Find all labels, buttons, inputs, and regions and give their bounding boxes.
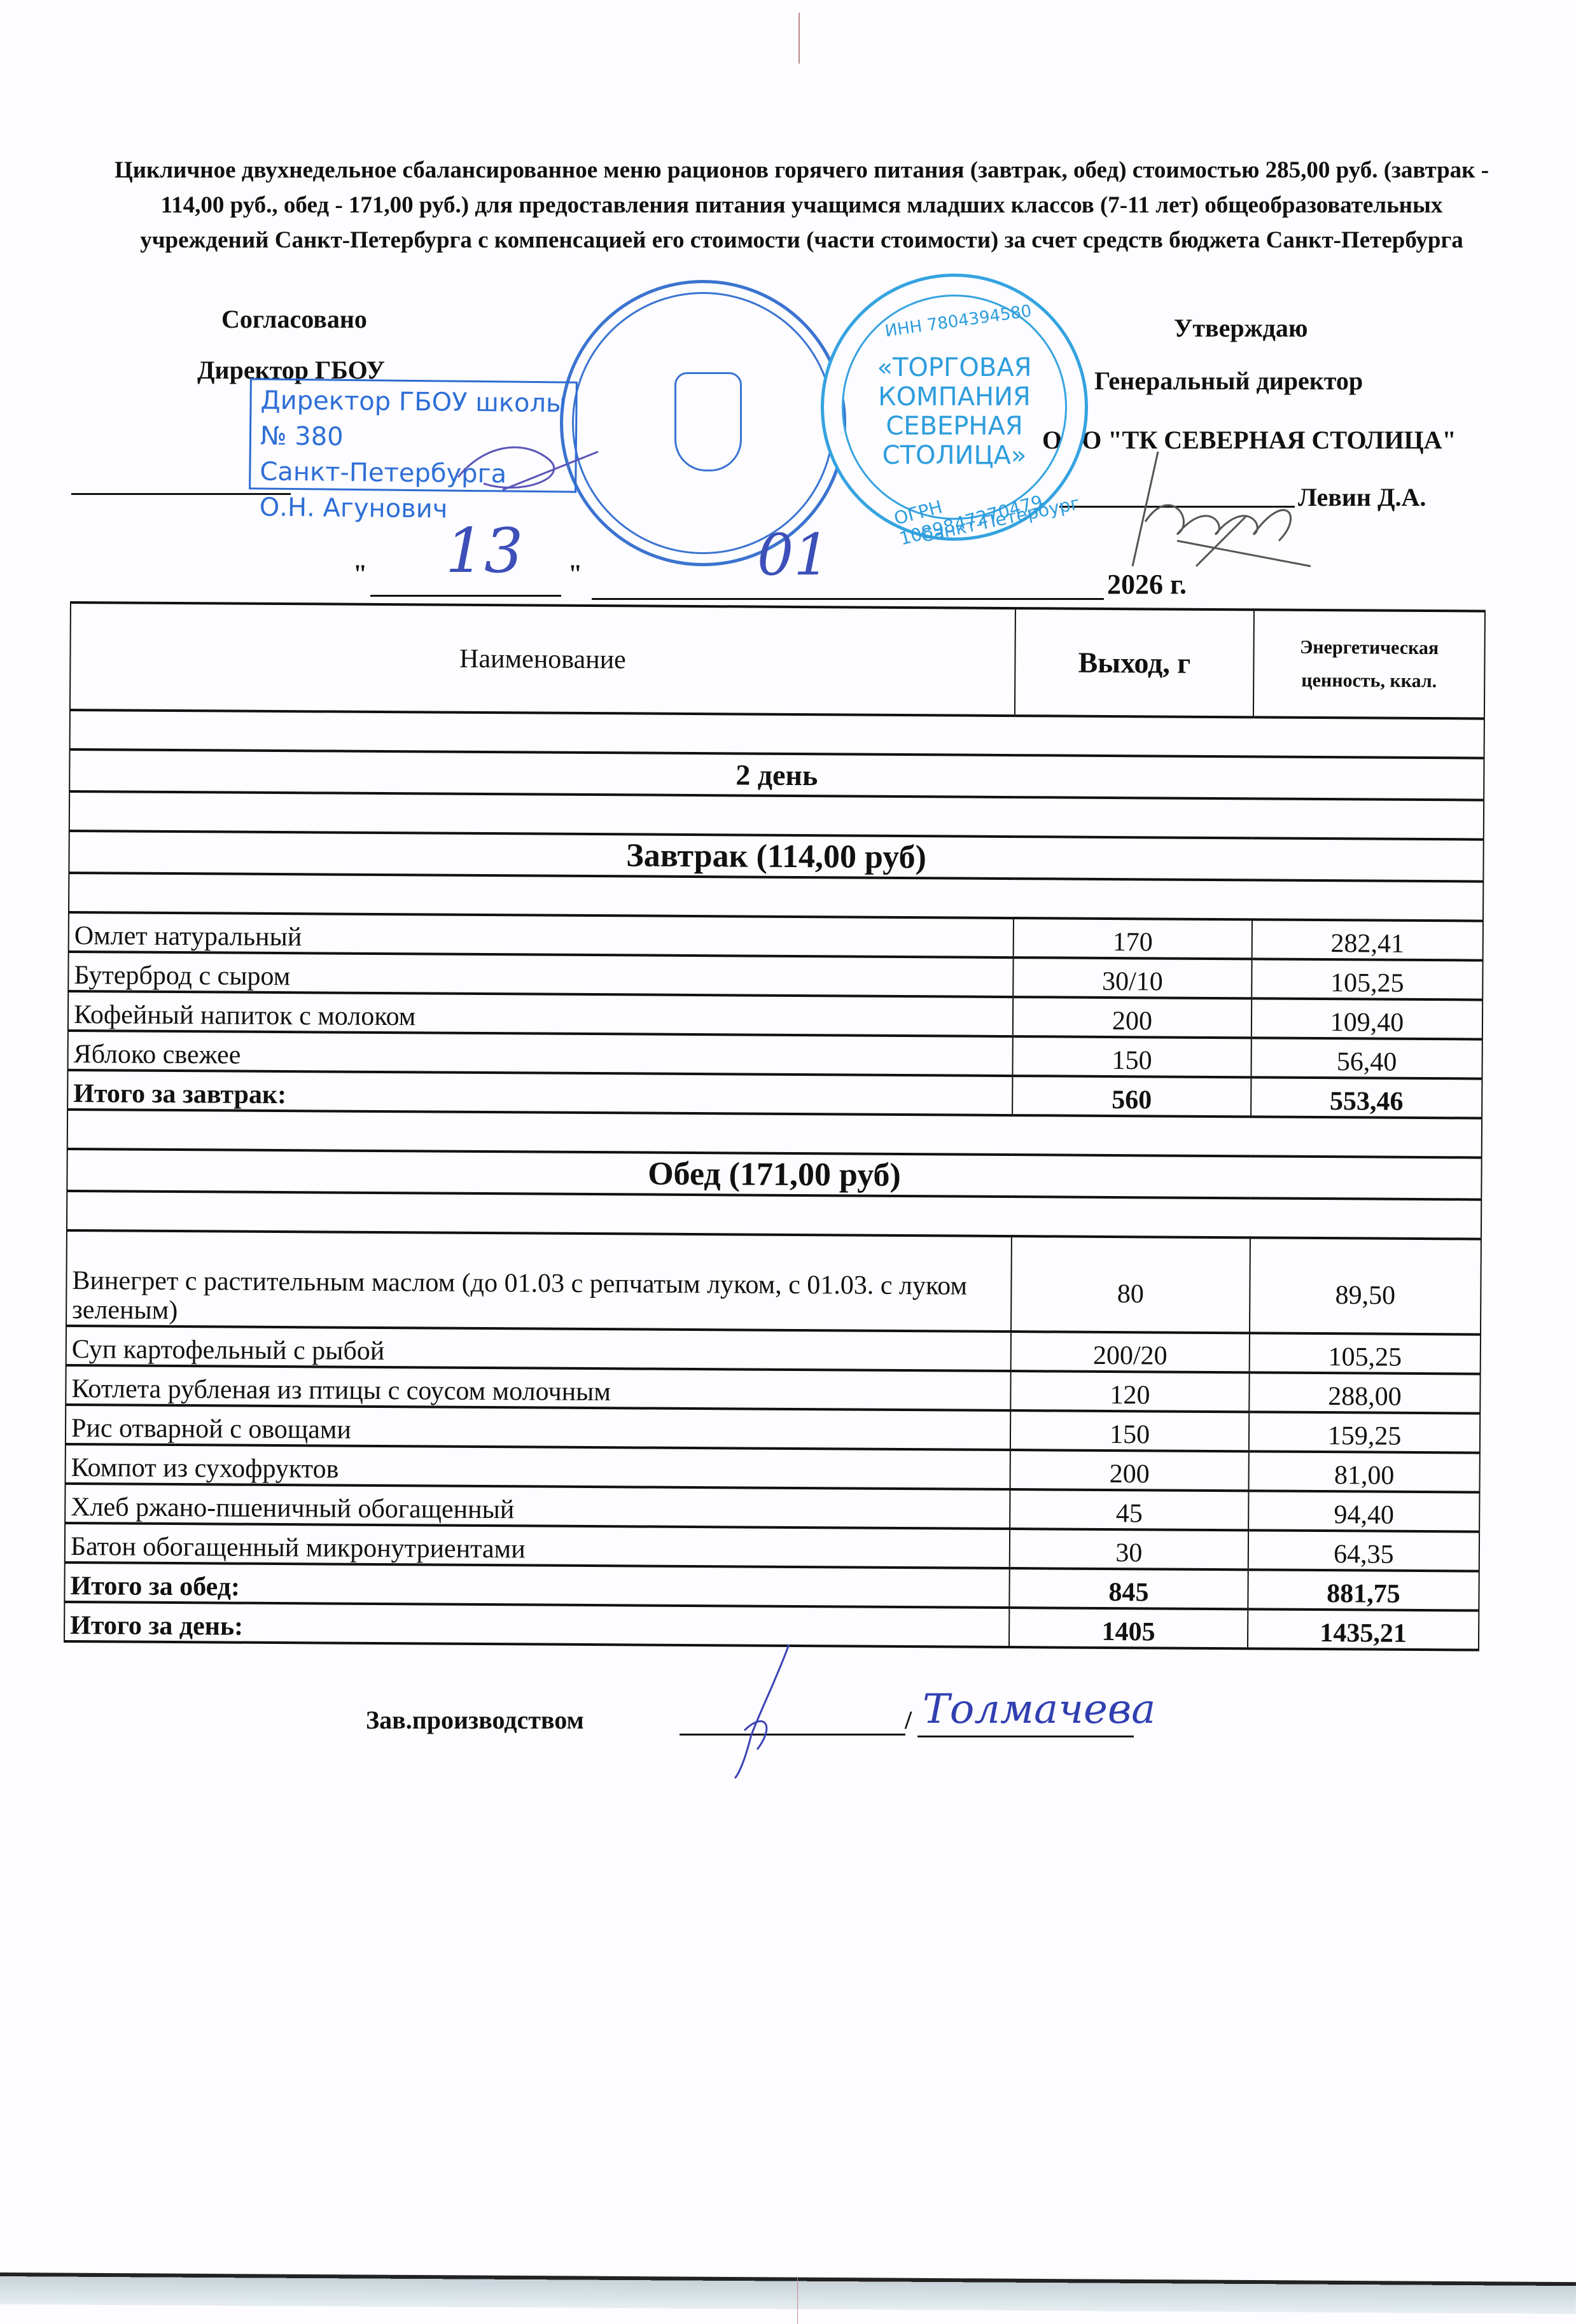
breakfast-total-yield: 560 <box>1012 1076 1251 1117</box>
cell-yield: 200 <box>1013 997 1252 1038</box>
cell-yield: 45 <box>1010 1489 1248 1530</box>
date-month: 01 <box>757 522 830 588</box>
header-name: Наименование <box>70 602 1015 716</box>
date-open-quote: " <box>353 559 367 588</box>
cell-energy: 89,50 <box>1250 1237 1481 1334</box>
company-stamp-name-1: «ТОРГОВАЯ <box>824 353 1085 382</box>
day-total-yield: 1405 <box>1009 1608 1248 1648</box>
cell-yield: 200/20 <box>1011 1332 1250 1372</box>
approval-right-position: Генеральный директор <box>1094 366 1363 396</box>
footer-label: Зав.производством <box>366 1706 584 1734</box>
cell-energy: 56,40 <box>1251 1038 1482 1078</box>
cell-name: Компот из сухофруктов <box>66 1444 1010 1489</box>
footer-separator: / <box>905 1705 912 1735</box>
scan-edge <box>0 2272 1576 2314</box>
day-total-energy: 1435,21 <box>1248 1609 1479 1650</box>
cell-name: Кофейный напиток с молоком <box>68 991 1013 1036</box>
cell-energy: 105,25 <box>1250 1333 1481 1374</box>
cell-energy: 159,25 <box>1249 1412 1480 1452</box>
date-month-line <box>592 598 1104 600</box>
menu-table: Наименование Выход, г Энергетическая цен… <box>64 601 1486 1652</box>
cell-name: Батон обогащенный микронутриентами <box>65 1523 1010 1568</box>
day-total-label: Итого за день: <box>64 1602 1009 1647</box>
approval-right-heading: Утверждаю <box>1174 313 1308 343</box>
scan-fold-mark-bottom <box>797 2278 798 2324</box>
lunch-total-yield: 845 <box>1009 1568 1248 1609</box>
company-round-stamp: ИНН 7804394580 «ТОРГОВАЯ КОМПАНИЯ СЕВЕРН… <box>821 274 1088 541</box>
cell-name: Омлет натуральный <box>69 912 1014 957</box>
footer-name-line <box>917 1736 1134 1737</box>
director-signature-icon <box>445 433 611 503</box>
cell-energy: 64,35 <box>1248 1530 1479 1571</box>
cell-energy: 109,40 <box>1252 998 1482 1039</box>
date-close-quote: " <box>568 559 582 588</box>
breakfast-total-energy: 553,46 <box>1251 1077 1482 1118</box>
cell-yield: 170 <box>1014 918 1252 959</box>
cell-yield: 150 <box>1012 1036 1251 1077</box>
table-row: Винегрет с растительным маслом (до 01.03… <box>66 1230 1481 1335</box>
approval-left-heading: Согласовано <box>221 304 367 334</box>
cell-yield: 30 <box>1010 1529 1248 1569</box>
cell-yield: 80 <box>1011 1236 1250 1333</box>
cell-name: Яблоко свежее <box>67 1031 1012 1076</box>
company-stamp-name-4: СТОЛИЦА» <box>824 441 1085 470</box>
header-energy: Энергетическая ценность, ккал. <box>1253 609 1485 718</box>
general-director-signature-icon <box>1120 445 1323 573</box>
lunch-total-energy: 881,75 <box>1248 1569 1479 1610</box>
cell-energy: 94,40 <box>1248 1491 1479 1531</box>
cell-yield: 120 <box>1010 1371 1249 1412</box>
date-year: 2026 г. <box>1107 568 1187 601</box>
cell-energy: 282,41 <box>1252 919 1483 960</box>
lunch-total-label: Итого за обед: <box>64 1562 1009 1608</box>
header-yield: Выход, г <box>1015 608 1254 717</box>
table-header-row: Наименование Выход, г Энергетическая цен… <box>70 602 1485 719</box>
cell-yield: 30/10 <box>1013 957 1252 998</box>
production-manager-signature-icon <box>719 1641 821 1781</box>
date-day-line <box>370 595 561 597</box>
coat-of-arms-icon <box>674 372 742 471</box>
cell-name: Суп картофельный с рыбой <box>66 1326 1011 1371</box>
cell-yield: 200 <box>1010 1450 1248 1491</box>
footer-signature-name: Толмачева <box>923 1686 1155 1733</box>
breakfast-total-label: Итого за завтрак: <box>67 1070 1012 1115</box>
cell-name: Котлета рубленая из птицы с соусом молоч… <box>66 1365 1010 1410</box>
approval-left-signature-line <box>71 493 291 495</box>
cell-name: Винегрет с растительным маслом (до 01.03… <box>66 1230 1012 1332</box>
cell-name: Бутерброд с сыром <box>68 952 1013 997</box>
cell-energy: 105,25 <box>1252 959 1482 999</box>
cell-energy: 288,00 <box>1249 1372 1480 1413</box>
cell-name: Рис отварной с овощами <box>66 1405 1010 1450</box>
cell-name: Хлеб ржано-пшеничный обогащенный <box>65 1484 1010 1529</box>
company-stamp-name-2: КОМПАНИЯ <box>824 382 1085 412</box>
document-title: Цикличное двухнедельное сбалансированное… <box>95 153 1508 258</box>
scan-fold-mark <box>798 13 800 64</box>
company-stamp-inn: ИНН 7804394580 <box>884 302 1033 341</box>
footer: Зав.производством <box>366 1705 584 1735</box>
cell-yield: 150 <box>1010 1410 1249 1451</box>
cell-energy: 81,00 <box>1248 1451 1479 1492</box>
company-stamp-name-3: СЕВЕРНАЯ <box>824 412 1085 441</box>
date-day: 13 <box>445 515 523 587</box>
